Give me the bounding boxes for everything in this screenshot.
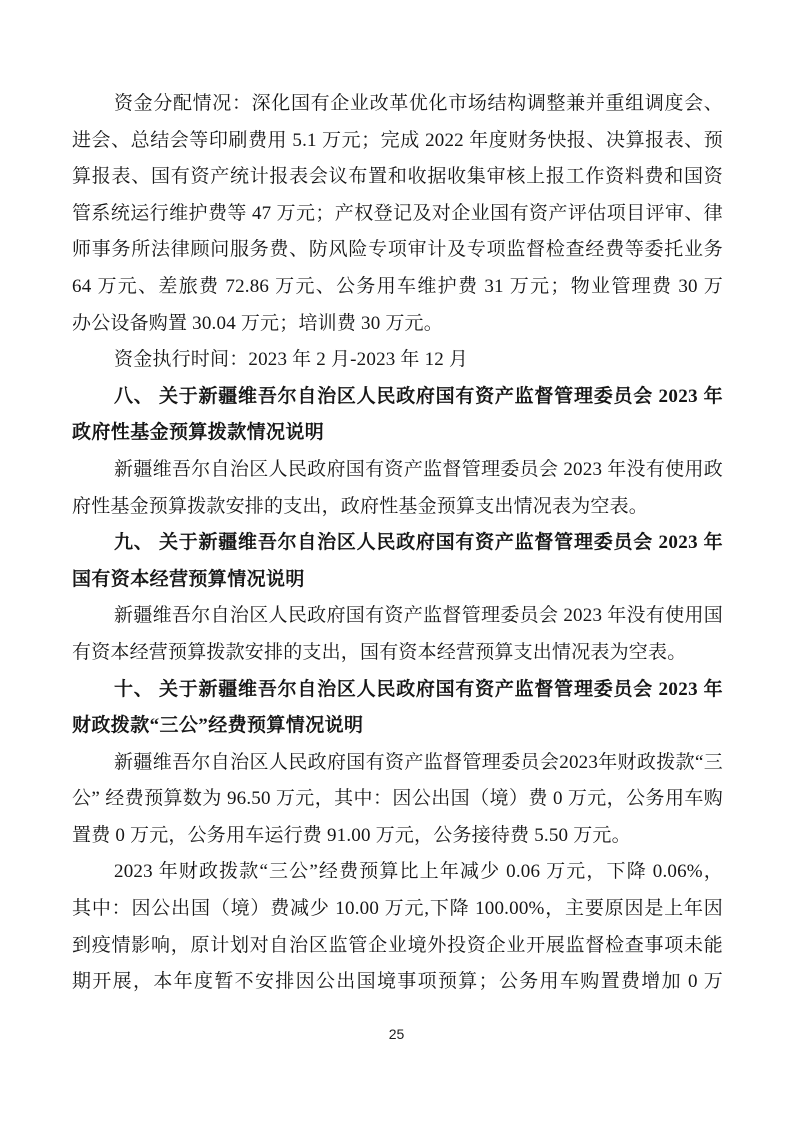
text-line: 办公设备购置 30.04 万元；培训费 30 万元。: [72, 306, 723, 343]
heading-section-9: 九、 关于新疆维吾尔自治区人民政府国有资产监督管理委员会 2023 年国有资本经…: [72, 525, 723, 598]
paragraph-three-public-budget: 新疆维吾尔自治区人民政府国有资产监督管理委员会2023年财政拨款“三公” 经费预…: [72, 745, 723, 855]
paragraph-execution-time: 资金执行时间：2023 年 2 月-2023 年 12 月: [72, 342, 723, 379]
document-content: 资金分配情况：深化国有企业改革优化市场结构调整兼并重组调度会、推进会、总结会等印…: [72, 86, 723, 1001]
text-line: 国有资本经营预算情况说明: [72, 562, 723, 599]
page-number: 25: [389, 1026, 405, 1042]
paragraph-section-8-body: 新疆维吾尔自治区人民政府国有资产监督管理委员会 2023 年没有使用政府性基金预…: [72, 452, 723, 525]
paragraph-three-public-comparison: 2023 年财政拨款“三公”经费预算比上年减少 0.06 万元，下降 0.06%…: [72, 854, 723, 1000]
text-line: 新疆维吾尔自治区人民政府国有资产监督管理委员会 2023 年没有使用国: [72, 598, 723, 635]
text-line: 资金执行时间：2023 年 2 月-2023 年 12 月: [72, 342, 723, 379]
text-line: 公” 经费预算数为 96.50 万元，其中：因公出国（境）费 0 万元，公务用车…: [72, 781, 723, 818]
text-line: 算报表、国有资产统计报表会议布置和收据收集审核上报工作资料费和国资监: [72, 159, 723, 196]
text-line: 置费 0 万元，公务用车运行费 91.00 万元，公务接待费 5.50 万元。: [72, 818, 723, 855]
text-line: 2023 年财政拨款“三公”经费预算比上年减少 0.06 万元，下降 0.06%…: [72, 854, 723, 891]
text-line: 新疆维吾尔自治区人民政府国有资产监督管理委员会2023年财政拨款“三: [72, 745, 723, 782]
paragraph-section-9-body: 新疆维吾尔自治区人民政府国有资产监督管理委员会 2023 年没有使用国有资本经营…: [72, 598, 723, 671]
text-line: 管系统运行维护费等 47 万元；产权登记及对企业国有资产评估项目评审、律: [72, 196, 723, 233]
page-footer: 25: [0, 1026, 793, 1042]
document-page: 资金分配情况：深化国有企业改革优化市场结构调整兼并重组调度会、推进会、总结会等印…: [0, 0, 793, 1122]
heading-section-10: 十、 关于新疆维吾尔自治区人民政府国有资产监督管理委员会 2023 年财政拨款“…: [72, 672, 723, 745]
text-line: 新疆维吾尔自治区人民政府国有资产监督管理委员会 2023 年没有使用政: [72, 452, 723, 489]
text-line: 资金分配情况：深化国有企业改革优化市场结构调整兼并重组调度会、推: [72, 86, 723, 123]
text-line: 64 万元、差旅费 72.86 万元、公务用车维护费 31 万元；物业管理费 3…: [72, 269, 723, 306]
text-line: 其中：因公出国（境）费减少 10.00 万元,下降 100.00%，主要原因是上…: [72, 891, 723, 928]
text-line: 有资本经营预算拨款安排的支出，国有资本经营预算支出情况表为空表。: [72, 635, 723, 672]
text-line: 财政拨款“三公”经费预算情况说明: [72, 708, 723, 745]
heading-section-8: 八、 关于新疆维吾尔自治区人民政府国有资产监督管理委员会 2023 年政府性基金…: [72, 379, 723, 452]
text-line: 师事务所法律顾问服务费、防风险专项审计及专项监督检查经费等委托业务费: [72, 232, 723, 269]
text-line: 八、 关于新疆维吾尔自治区人民政府国有资产监督管理委员会 2023 年: [72, 379, 723, 416]
text-line: 进会、总结会等印刷费用 5.1 万元；完成 2022 年度财务快报、决算报表、预: [72, 123, 723, 160]
paragraph-funding-allocation: 资金分配情况：深化国有企业改革优化市场结构调整兼并重组调度会、推进会、总结会等印…: [72, 86, 723, 342]
text-line: 期开展，本年度暂不安排因公出国境事项预算；公务用车购置费增加 0 万元，: [72, 964, 723, 1001]
text-line: 府性基金预算拨款安排的支出，政府性基金预算支出情况表为空表。: [72, 489, 723, 526]
text-line: 九、 关于新疆维吾尔自治区人民政府国有资产监督管理委员会 2023 年: [72, 525, 723, 562]
text-line: 十、 关于新疆维吾尔自治区人民政府国有资产监督管理委员会 2023 年: [72, 672, 723, 709]
text-line: 政府性基金预算拨款情况说明: [72, 415, 723, 452]
text-line: 到疫情影响，原计划对自治区监管企业境外投资企业开展监督检查事项未能如: [72, 928, 723, 965]
